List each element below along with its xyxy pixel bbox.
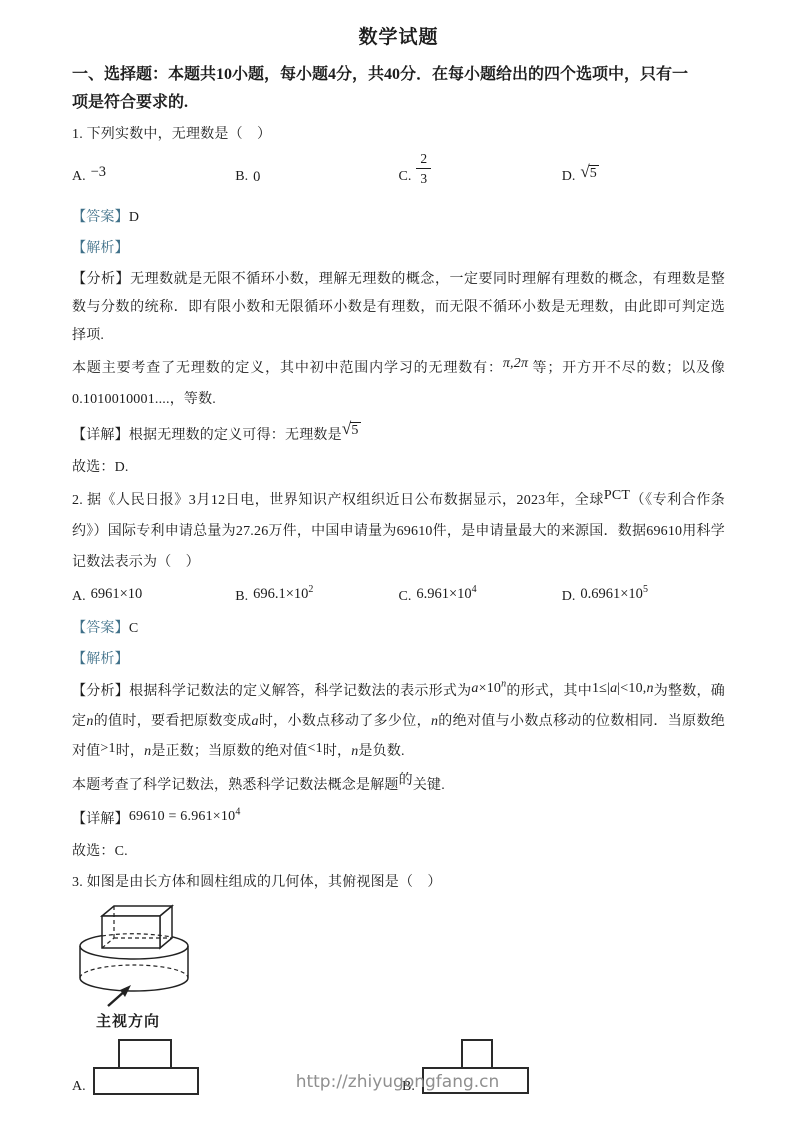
q1-note-pre: 本题主要考查了无理数的定义，其中初中范围内学习的无理数有： xyxy=(72,361,503,376)
q1-answer-value: D xyxy=(129,210,139,225)
q2-option-b: B. 696.1×102 xyxy=(235,581,398,613)
q1-analysis-paragraph: 【分析】无理数就是无限不循环小数，理解无理数的概念，一定要同时理解有理数的概念，… xyxy=(72,266,725,350)
q2-option-a: A. 6961×10 xyxy=(72,581,235,613)
analysis-label: 【分析】 xyxy=(72,684,129,699)
q1-detail-text: 根据无理数的定义可得：无理数是 xyxy=(129,428,342,443)
q2-explain-line: 【解析】 xyxy=(72,646,725,674)
q1-conclusion: 故选：D. xyxy=(72,454,725,482)
q1-detail-sqrt: √5 xyxy=(342,413,361,446)
q2-stem-math-pct: PCT xyxy=(604,480,630,511)
q2-detail-base: 69610 = 6.961×10 xyxy=(129,809,236,824)
q1-option-a-value: −3 xyxy=(91,164,106,181)
section-header: 一、选择题：本题共10小题，每小题4分，共40分．在每小题给出的四个选项中，只有… xyxy=(72,61,725,117)
q1-option-c-fraction: 2 3 xyxy=(416,151,431,187)
q1-analysis-text: 无理数就是无限不循环小数，理解无理数的概念，一定要同时理解有理数的概念，有理数是… xyxy=(72,272,725,343)
radicand: 5 xyxy=(350,422,360,438)
q1-option-d-label: D. xyxy=(562,169,576,185)
q1-option-b: B. 0 xyxy=(235,152,398,202)
math-ineq-right: |<10, xyxy=(617,681,646,696)
q2-analysis-s10: 是负数. xyxy=(358,744,404,759)
q1-option-c: C. 2 3 xyxy=(399,152,562,202)
math-var-a: a xyxy=(251,714,258,729)
q2-option-b-base: 696.1×10 xyxy=(253,586,308,602)
q2-analysis-s5: 时，小数点移动了多少位， xyxy=(259,714,431,729)
q2-option-c-base: 6.961×10 xyxy=(416,586,471,602)
fraction-denominator: 3 xyxy=(416,169,431,187)
analysis-label: 【分析】 xyxy=(72,272,130,287)
math-ineq-left: 1≤| xyxy=(592,681,610,696)
q2-note-paragraph: 本题考查了科学记数法，熟悉科学记数法概念是解题的关键. xyxy=(72,770,725,801)
q1-option-c-label: C. xyxy=(399,169,412,185)
math-gt-1: >1 xyxy=(100,734,115,764)
q2-analysis-s9: 时， xyxy=(323,744,351,759)
section-header-line1: 一、选择题：本题共10小题，每小题4分，共40分．在每小题给出的四个选项中，只有… xyxy=(72,66,688,83)
math-var-n: n xyxy=(646,681,653,696)
cuboid-front-face xyxy=(102,916,160,948)
q2-analysis-s8: 是正数；当原数的绝对值 xyxy=(151,744,307,759)
radicand: 5 xyxy=(589,165,599,181)
figure-caption: 主视方向 xyxy=(96,1010,160,1031)
q1-stem: 1. 下列实数中，无理数是（ ） xyxy=(72,121,725,149)
q1-note-paragraph: 本题主要考查了无理数的定义，其中初中范围内学习的无理数有：π,2π 等；开方开不… xyxy=(72,353,725,415)
q2-analysis-math1: a×10n xyxy=(471,674,506,704)
q2-option-c-exponent: 4 xyxy=(472,584,477,595)
q2-option-d-exponent: 5 xyxy=(643,584,648,595)
q2-option-d-base: 0.6961×10 xyxy=(580,586,643,602)
q2-option-c-value: 6.961×104 xyxy=(416,586,476,603)
q1-note-post: ，等数. xyxy=(170,392,216,407)
math-x10: ×10 xyxy=(479,681,502,696)
q2-note-pre: 本题考查了科学记数法，熟悉科学记数法概念是解题 xyxy=(72,778,399,793)
q1-options-row: A. −3 B. 0 C. 2 3 D. √5 xyxy=(72,152,725,202)
q2-analysis-s4: 的值时，要看把原数变成 xyxy=(94,714,252,729)
q1-option-b-label: B. xyxy=(235,169,248,185)
q1-option-b-value: 0 xyxy=(253,169,260,186)
q2-option-c-label: C. xyxy=(399,589,412,605)
explain-label: 【解析】 xyxy=(72,652,129,667)
q2-option-a-value: 6961×10 xyxy=(91,586,143,603)
q1-explain-line: 【解析】 xyxy=(72,235,725,263)
q3-stem: 3. 如图是由长方体和圆柱组成的几何体，其俯视图是（ ） xyxy=(72,869,725,897)
footer-url: http://zhiyugongfang.cn xyxy=(0,1072,795,1092)
answer-label: 【答案】 xyxy=(72,210,129,225)
q2-analysis-paragraph: 【分析】根据科学记数法的定义解答，科学记数法的表示形式为a×10n的形式，其中1… xyxy=(72,677,725,767)
q1-option-a: A. −3 xyxy=(72,152,235,202)
q2-analysis-s1: 根据科学记数法的定义解答，科学记数法的表示形式为 xyxy=(129,684,471,699)
q1-option-a-label: A. xyxy=(72,169,86,185)
explain-label: 【解析】 xyxy=(72,241,129,256)
q1-note-mid: 等；开方开不尽的数；以及像 xyxy=(533,361,725,376)
q2-note-post: 关键. xyxy=(413,778,445,793)
q2-analysis-s7: 时， xyxy=(116,744,144,759)
detail-label: 【详解】 xyxy=(72,812,129,827)
q2-option-d-label: D. xyxy=(562,589,576,605)
q2-option-a-base: 6961×10 xyxy=(91,586,143,602)
answer-label: 【答案】 xyxy=(72,621,129,636)
q2-option-d: D. 0.6961×105 xyxy=(562,581,725,613)
q2-stem: 2. 据《人民日报》3月12日电，世界知识产权组织近日公布数据显示，2023年，… xyxy=(72,485,725,578)
q3-figure: 主视方向 xyxy=(76,900,725,1036)
q2-option-b-exponent: 2 xyxy=(308,584,313,595)
detail-label: 【详解】 xyxy=(72,428,129,443)
q2-option-d-value: 0.6961×105 xyxy=(580,586,648,603)
q2-analysis-math2: 1≤|a|<10,n xyxy=(592,674,654,704)
math-var-n: n xyxy=(86,714,93,729)
q1-option-d-sqrt: √5 xyxy=(580,162,598,182)
fraction-numerator: 2 xyxy=(416,151,431,169)
q2-analysis-s2: 的形式，其中 xyxy=(506,684,592,699)
q1-answer-line: 【答案】D xyxy=(72,204,725,232)
q2-option-b-value: 696.1×102 xyxy=(253,586,313,603)
q2-option-a-label: A. xyxy=(72,589,86,605)
q2-detail-exponent: 4 xyxy=(235,806,240,817)
q1-option-d: D. √5 xyxy=(562,152,725,202)
front-view-arrow-icon xyxy=(108,985,131,1006)
q1-note-math: π,2π xyxy=(503,348,528,379)
q2-answer-line: 【答案】C xyxy=(72,615,725,643)
math-exponent-n: n xyxy=(501,678,506,689)
q2-detail-formula: 69610 = 6.961×104 xyxy=(129,801,241,832)
q1-detail-line: 【详解】根据无理数的定义可得：无理数是√5 xyxy=(72,418,725,451)
q2-option-c: C. 6.961×104 xyxy=(399,581,562,613)
q2-answer-value: C xyxy=(129,621,139,636)
q2-stem-pre: 2. 据《人民日报》3月12日电，世界知识产权组织近日公布数据显示，2023年，… xyxy=(72,493,604,508)
exam-document-page: 数学试题 一、选择题：本题共10小题，每小题4分，共40分．在每小题给出的四个选… xyxy=(0,0,795,1125)
q2-conclusion: 故选：C. xyxy=(72,838,725,866)
q1-note-number: 0.1010010001.... xyxy=(72,392,170,407)
q2-option-b-label: B. xyxy=(235,589,248,605)
q2-detail-line: 【详解】69610 = 6.961×104 xyxy=(72,804,725,835)
section-header-line2: 项是符合要求的. xyxy=(72,94,188,111)
math-lt-1: <1 xyxy=(308,734,323,764)
page-title: 数学试题 xyxy=(72,24,725,51)
q2-options-row: A. 6961×10 B. 696.1×102 C. 6.961×104 D. … xyxy=(72,581,725,613)
math-var-a: a xyxy=(471,681,478,696)
q2-note-raised-char: 的 xyxy=(399,765,413,796)
